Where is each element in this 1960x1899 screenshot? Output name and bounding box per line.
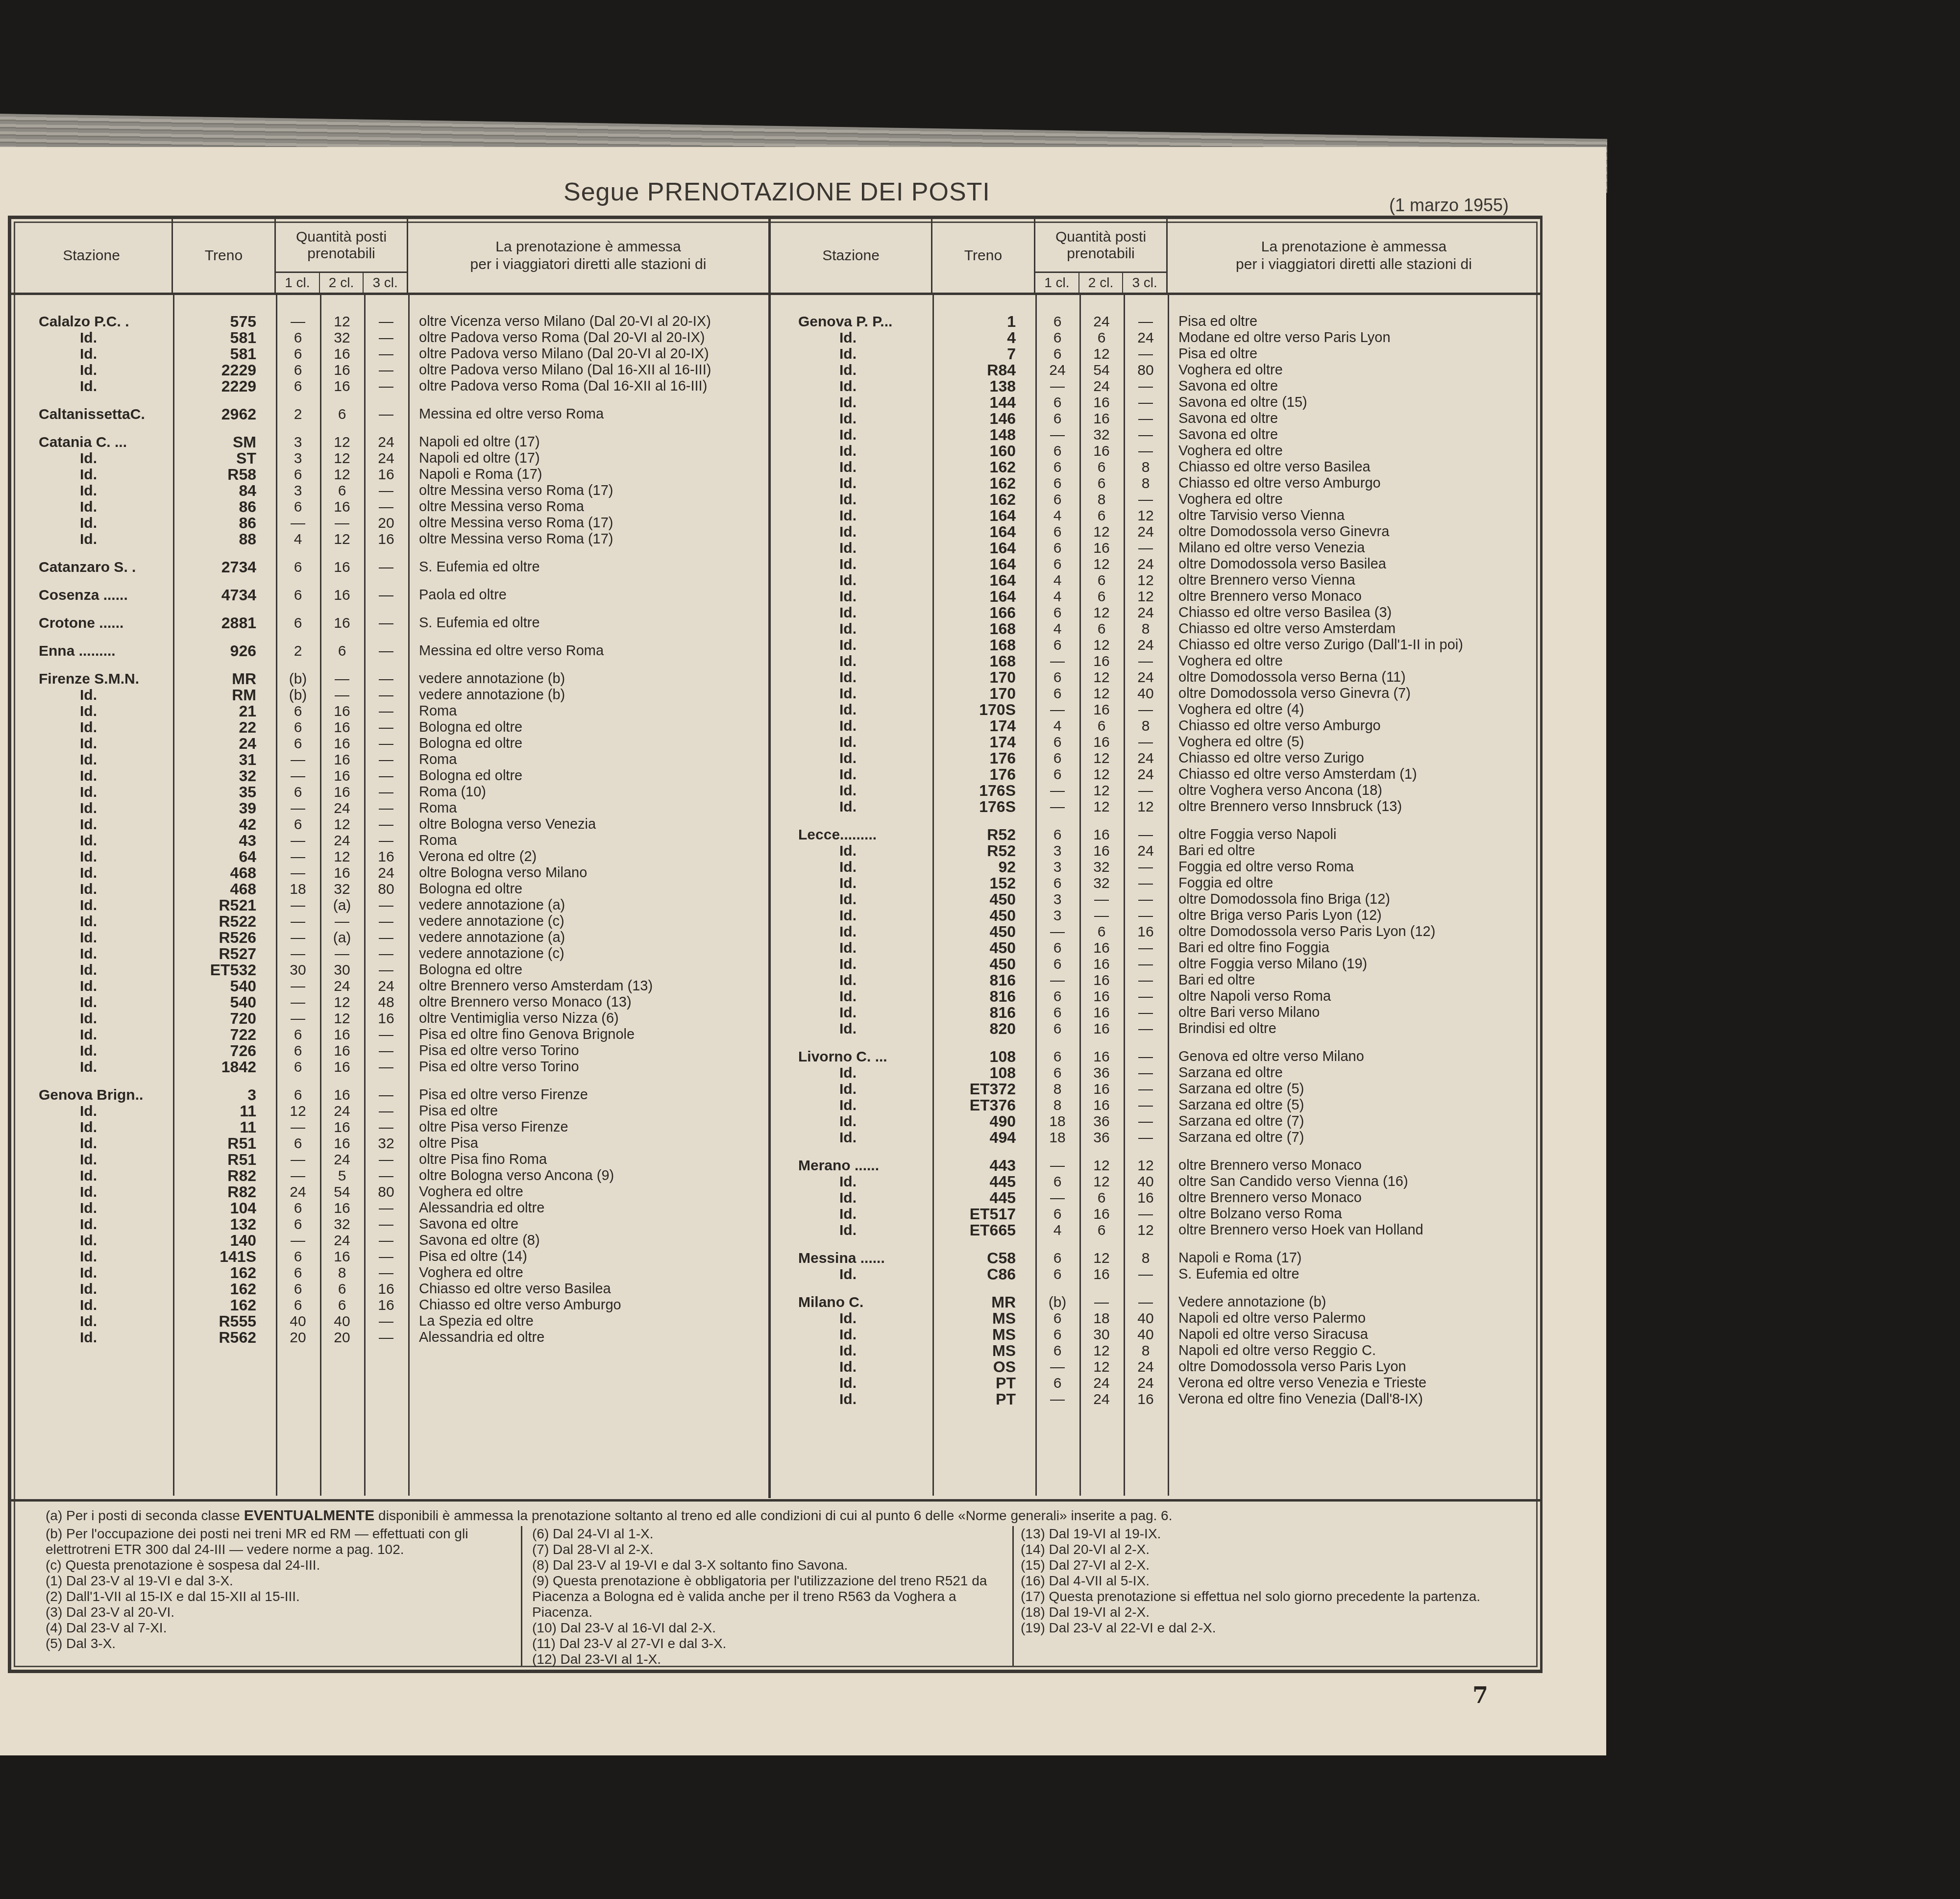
station-name: Livorno C. ... bbox=[771, 1049, 932, 1065]
station-name: Id. bbox=[771, 524, 932, 540]
footnote: (10) Dal 23-V al 16-VI dal 2-X. bbox=[532, 1620, 1003, 1636]
table-header: Stazione Treno Quantità posti prenotabil… bbox=[11, 219, 768, 295]
destination: Savona ed oltre (15) bbox=[1168, 395, 1307, 411]
destination: oltre Padova verso Roma (Dal 20-VI al 20… bbox=[408, 330, 705, 346]
destination: oltre Brennero verso Monaco bbox=[1168, 1190, 1362, 1206]
seats-2cl: 12 bbox=[1079, 1158, 1124, 1174]
table-row: Id.C86616—S. Eufemia ed oltre bbox=[771, 1266, 1540, 1282]
column-rule bbox=[364, 295, 366, 1496]
table-row: Id.4503——oltre Domodossola fino Briga (1… bbox=[771, 891, 1540, 908]
station-name: Id. bbox=[11, 978, 173, 994]
seats-2cl: 6 bbox=[320, 483, 364, 499]
seats-3cl: — bbox=[1124, 702, 1168, 718]
seats-3cl: 8 bbox=[1124, 718, 1168, 734]
seats-2cl: 12 bbox=[1079, 605, 1124, 621]
table-row: Id.174616—Voghera ed oltre (5) bbox=[771, 734, 1540, 750]
seats-1cl: (b) bbox=[1035, 1294, 1079, 1310]
seats-3cl: — bbox=[364, 643, 408, 659]
table-row: Livorno C. ...108616—Genova ed oltre ver… bbox=[771, 1049, 1540, 1065]
seats-2cl: 6 bbox=[1079, 924, 1124, 940]
destination: Pisa ed oltre (14) bbox=[408, 1249, 527, 1265]
table-row: Id.2229616—oltre Padova verso Milano (Da… bbox=[11, 362, 768, 378]
footnote: (9) Questa prenotazione è obbligatoria p… bbox=[532, 1573, 1003, 1620]
seats-2cl: 36 bbox=[1079, 1130, 1124, 1146]
train-number: OS bbox=[932, 1359, 1035, 1375]
footnote: (8) Dal 23-V al 19-VI e dal 3-X soltanto… bbox=[532, 1557, 1003, 1573]
destination: Napoli e Roma (17) bbox=[408, 467, 542, 483]
seats-2cl: — bbox=[320, 913, 364, 930]
seats-1cl: 6 bbox=[276, 719, 320, 736]
station-name: Calalzo P.C. . bbox=[11, 314, 173, 330]
train-number: PT bbox=[932, 1375, 1035, 1391]
destination: Chiasso ed oltre verso Amburgo bbox=[1168, 718, 1381, 734]
seats-3cl: 80 bbox=[364, 881, 408, 897]
station-name: Id. bbox=[11, 1313, 173, 1330]
table-row: Id.46624Modane ed oltre verso Paris Lyon bbox=[771, 330, 1540, 346]
seats-1cl: 8 bbox=[1035, 1081, 1079, 1097]
train-number: 11 bbox=[173, 1103, 276, 1119]
column-rule bbox=[1168, 295, 1169, 1496]
table-row: Catania C. ...SM31224Napoli ed oltre (17… bbox=[11, 434, 768, 450]
seats-1cl: 6 bbox=[1035, 411, 1079, 427]
station-name: Id. bbox=[11, 962, 173, 978]
seats-2cl: 16 bbox=[1079, 956, 1124, 972]
table-row: Id.MS61840Napoli ed oltre verso Palermo bbox=[771, 1310, 1540, 1327]
seats-1cl: 24 bbox=[276, 1184, 320, 1200]
station-name: Id. bbox=[771, 783, 932, 799]
train-number: R52 bbox=[932, 827, 1035, 843]
seats-1cl: 6 bbox=[1035, 686, 1079, 702]
destination: Savona ed oltre (8) bbox=[408, 1233, 540, 1249]
station-name: Id. bbox=[11, 1249, 173, 1265]
seats-1cl: 6 bbox=[1035, 750, 1079, 766]
seats-1cl: 6 bbox=[276, 1087, 320, 1103]
seats-1cl: — bbox=[276, 897, 320, 913]
train-number: R58 bbox=[173, 467, 276, 483]
reservation-table-frame: Stazione Treno Quantità posti prenotabil… bbox=[8, 216, 1543, 1673]
seats-1cl: — bbox=[1035, 783, 1079, 799]
seats-2cl: 16 bbox=[320, 1119, 364, 1135]
seats-2cl: 16 bbox=[320, 362, 364, 378]
seats-1cl: 12 bbox=[276, 1103, 320, 1119]
destination: oltre Padova verso Milano (Dal 16-XII al… bbox=[408, 362, 711, 378]
seats-2cl: 54 bbox=[1079, 362, 1124, 378]
seats-2cl: 16 bbox=[320, 719, 364, 736]
table-row: Id.ET376816—Sarzana ed oltre (5) bbox=[771, 1097, 1540, 1113]
station-name: Cosenza ...... bbox=[11, 587, 173, 603]
station-name: Id. bbox=[11, 994, 173, 1011]
station-name: Id. bbox=[771, 1391, 932, 1407]
train-number: MR bbox=[173, 671, 276, 687]
footnote: (14) Dal 20-VI al 2-X. bbox=[1021, 1542, 1511, 1557]
train-number: 168 bbox=[932, 637, 1035, 653]
destination: Roma bbox=[408, 800, 457, 816]
seats-3cl: — bbox=[1124, 443, 1168, 459]
train-number: 64 bbox=[173, 849, 276, 865]
table-row: Id.1644612oltre Brennero verso Monaco bbox=[771, 589, 1540, 605]
table-row: Id.450—616oltre Domodossola verso Paris … bbox=[771, 924, 1540, 940]
station-name: Genova Brign.. bbox=[11, 1087, 173, 1103]
table-row: Id.17061240oltre Domodossola verso Ginev… bbox=[771, 686, 1540, 702]
seats-2cl: 12 bbox=[1079, 669, 1124, 686]
table-row: Id.16661224Chiasso ed oltre verso Basile… bbox=[771, 605, 1540, 621]
train-number: C86 bbox=[932, 1266, 1035, 1282]
destination: Bari ed oltre fino Foggia bbox=[1168, 940, 1329, 956]
seats-2cl: 54 bbox=[320, 1184, 364, 1200]
train-number: 11 bbox=[173, 1119, 276, 1135]
seats-2cl: 16 bbox=[320, 784, 364, 800]
table-row: Id.722616—Pisa ed oltre fino Genova Brig… bbox=[11, 1027, 768, 1043]
header-quantita-line2: prenotabili bbox=[1067, 246, 1134, 262]
table-row: Id.24616—Bologna ed oltre bbox=[11, 736, 768, 752]
station-name: Id. bbox=[771, 395, 932, 411]
seats-3cl: 16 bbox=[1124, 1190, 1168, 1206]
seats-2cl: 16 bbox=[320, 736, 364, 752]
seats-3cl: 16 bbox=[364, 1297, 408, 1313]
seats-1cl: 24 bbox=[1035, 362, 1079, 378]
destination: oltre Brennero verso Vienna bbox=[1168, 572, 1355, 589]
train-number: R562 bbox=[173, 1330, 276, 1346]
seats-3cl: 12 bbox=[1124, 1222, 1168, 1238]
destination: Napoli e Roma (17) bbox=[1168, 1250, 1301, 1266]
destination: oltre Domodossola verso Berna (11) bbox=[1168, 669, 1406, 686]
seats-3cl: — bbox=[364, 1027, 408, 1043]
station-name: Id. bbox=[11, 483, 173, 499]
destination: S. Eufemia ed oltre bbox=[408, 615, 540, 631]
seats-1cl: 6 bbox=[276, 1281, 320, 1297]
seats-3cl: — bbox=[1124, 908, 1168, 924]
column-rule bbox=[1079, 295, 1081, 1496]
train-number: ET376 bbox=[932, 1097, 1035, 1113]
table-row: Genova P. P...1624—Pisa ed oltre bbox=[771, 314, 1540, 330]
seats-2cl: 6 bbox=[1079, 508, 1124, 524]
seats-2cl: 24 bbox=[1079, 378, 1124, 395]
train-number: 164 bbox=[932, 508, 1035, 524]
table-row: Merano ......443—1212oltre Brennero vers… bbox=[771, 1158, 1540, 1174]
station-name: Id. bbox=[771, 766, 932, 783]
destination: oltre Brennero verso Innsbruck (13) bbox=[1168, 799, 1402, 815]
station-group: Lecce.........R52616—oltre Foggia verso … bbox=[771, 827, 1540, 1037]
station-name: Id. bbox=[771, 859, 932, 875]
seats-3cl: 16 bbox=[1124, 1391, 1168, 1407]
right-table: Stazione Treno Quantità posti prenotabil… bbox=[771, 219, 1540, 1498]
seats-2cl: — bbox=[320, 946, 364, 962]
station-group: Milano C.MR(b)——Vedere annotazione (b)Id… bbox=[771, 1294, 1540, 1407]
seats-2cl: 16 bbox=[320, 1027, 364, 1043]
train-number: 445 bbox=[932, 1190, 1035, 1206]
footnotes-column-1: (b) Per l'occupazione dei posti nei tren… bbox=[46, 1526, 496, 1652]
seats-2cl: 24 bbox=[320, 1233, 364, 1249]
station-name: Id. bbox=[771, 972, 932, 988]
destination: Voghera ed oltre bbox=[1168, 492, 1283, 508]
station-name: Id. bbox=[11, 1330, 173, 1346]
table-row: Id.104616—Alessandria ed oltre bbox=[11, 1200, 768, 1216]
station-name: Id. bbox=[11, 913, 173, 930]
footnote-a-suffix: disponibili è ammessa la prenotazione so… bbox=[374, 1508, 1172, 1523]
train-number: R527 bbox=[173, 946, 276, 962]
footnote: (5) Dal 3-X. bbox=[46, 1636, 496, 1652]
seats-3cl: 16 bbox=[1124, 924, 1168, 940]
destination: Genova ed oltre verso Milano bbox=[1168, 1049, 1364, 1065]
table-row: Id.OS—1224oltre Domodossola verso Paris … bbox=[771, 1359, 1540, 1375]
destination: Chiasso ed oltre verso Amburgo bbox=[1168, 475, 1381, 492]
header-quantita: Quantità posti prenotabili 1 cl. 2 cl. 3… bbox=[276, 219, 408, 293]
seats-1cl: 6 bbox=[1035, 1310, 1079, 1327]
footnote: (13) Dal 19-VI al 19-IX. bbox=[1021, 1526, 1511, 1542]
seats-3cl: — bbox=[1124, 956, 1168, 972]
footnote: (3) Dal 23-V al 20-VI. bbox=[46, 1604, 496, 1620]
seats-2cl: 16 bbox=[1079, 395, 1124, 411]
destination: Roma bbox=[408, 752, 457, 768]
seats-3cl: — bbox=[364, 1249, 408, 1265]
seats-2cl: 12 bbox=[320, 434, 364, 450]
seats-3cl: — bbox=[1124, 492, 1168, 508]
destination: Sarzana ed oltre (5) bbox=[1168, 1097, 1304, 1113]
seats-3cl: — bbox=[1124, 540, 1168, 556]
train-number: 926 bbox=[173, 643, 276, 659]
table-row: Id.1842616—Pisa ed oltre verso Torino bbox=[11, 1059, 768, 1075]
seats-2cl: 12 bbox=[1079, 1343, 1124, 1359]
table-row: Id.4503——oltre Briga verso Paris Lyon (1… bbox=[771, 908, 1540, 924]
destination: oltre Messina verso Roma bbox=[408, 499, 584, 515]
seats-3cl: 20 bbox=[364, 515, 408, 531]
seats-3cl: — bbox=[364, 378, 408, 395]
destination: Pisa ed oltre fino Genova Brignole bbox=[408, 1027, 635, 1043]
footnote: (b) Per l'occupazione dei posti nei tren… bbox=[46, 1526, 496, 1557]
seats-2cl: 16 bbox=[1079, 1005, 1124, 1021]
seats-3cl: — bbox=[364, 1087, 408, 1103]
seats-2cl: 12 bbox=[320, 816, 364, 833]
train-number: 144 bbox=[932, 395, 1035, 411]
train-number: 35 bbox=[173, 784, 276, 800]
seats-3cl: 24 bbox=[364, 978, 408, 994]
seats-2cl: 12 bbox=[320, 849, 364, 865]
train-number: 164 bbox=[932, 572, 1035, 589]
seats-1cl: 6 bbox=[276, 378, 320, 395]
station-name: Id. bbox=[11, 865, 173, 881]
table-row: Id.146616—Savona ed oltre bbox=[771, 411, 1540, 427]
seats-1cl: 6 bbox=[1035, 492, 1079, 508]
destination: Savona ed oltre bbox=[1168, 427, 1278, 443]
table-row: Id.450616—Bari ed oltre fino Foggia bbox=[771, 940, 1540, 956]
page-date: (1 marzo 1955) bbox=[1389, 195, 1509, 216]
table-row: Id.8436—oltre Messina verso Roma (17) bbox=[11, 483, 768, 499]
destination: oltre Brennero verso Monaco bbox=[1168, 589, 1362, 605]
header-class-columns: 1 cl. 2 cl. 3 cl. bbox=[1035, 271, 1166, 293]
seats-2cl: 16 bbox=[1079, 972, 1124, 988]
seats-3cl: 24 bbox=[1124, 637, 1168, 653]
seats-3cl: — bbox=[364, 1103, 408, 1119]
destination: Napoli ed oltre verso Palermo bbox=[1168, 1310, 1366, 1327]
station-name: Id. bbox=[771, 1327, 932, 1343]
seats-1cl: — bbox=[1035, 799, 1079, 815]
station-name: Id. bbox=[771, 1005, 932, 1021]
table-body: Calalzo P.C. .575—12—oltre Vicenza verso… bbox=[11, 295, 768, 1346]
station-name: Id. bbox=[771, 475, 932, 492]
destination: Voghera ed oltre bbox=[1168, 362, 1283, 378]
train-number: 7 bbox=[932, 346, 1035, 362]
seats-2cl: 36 bbox=[1079, 1113, 1124, 1130]
seats-3cl: 8 bbox=[1124, 1250, 1168, 1266]
destination: oltre Brennero verso Monaco (13) bbox=[408, 994, 632, 1011]
seats-1cl: 6 bbox=[276, 1297, 320, 1313]
seats-1cl: 6 bbox=[276, 1216, 320, 1233]
seats-2cl: 16 bbox=[320, 615, 364, 631]
table-row: Lecce.........R52616—oltre Foggia verso … bbox=[771, 827, 1540, 843]
destination: S. Eufemia ed oltre bbox=[408, 559, 540, 575]
seats-3cl: — bbox=[1124, 346, 1168, 362]
destination: Savona ed oltre bbox=[1168, 411, 1278, 427]
header-quantita: Quantità posti prenotabili 1 cl. 2 cl. 3… bbox=[1035, 219, 1168, 293]
train-number: 450 bbox=[932, 956, 1035, 972]
seats-1cl: 6 bbox=[276, 1265, 320, 1281]
table-row: Genova Brign..3616—Pisa ed oltre verso F… bbox=[11, 1087, 768, 1103]
seats-1cl: 18 bbox=[1035, 1130, 1079, 1146]
train-number: 443 bbox=[932, 1158, 1035, 1174]
station-name: Id. bbox=[11, 1297, 173, 1313]
footnotes-column-2: (6) Dal 24-VI al 1-X.(7) Dal 28-VI al 2-… bbox=[521, 1526, 1014, 1666]
seats-1cl: — bbox=[276, 768, 320, 784]
seats-3cl: 24 bbox=[1124, 843, 1168, 859]
station-name: Id. bbox=[771, 427, 932, 443]
seats-1cl: — bbox=[1035, 924, 1079, 940]
seats-3cl: — bbox=[1124, 427, 1168, 443]
table-row: Id.RM(b)——vedere annotazione (b) bbox=[11, 687, 768, 703]
station-name: Id. bbox=[771, 637, 932, 653]
station-name: Id. bbox=[771, 940, 932, 956]
train-number: 146 bbox=[932, 411, 1035, 427]
station-name: CaltanissettaC. bbox=[11, 406, 173, 422]
station-name: Enna ......... bbox=[11, 643, 173, 659]
seats-1cl: — bbox=[1035, 1158, 1079, 1174]
seats-1cl: — bbox=[276, 930, 320, 946]
table-row: Id.35616—Roma (10) bbox=[11, 784, 768, 800]
column-rule bbox=[1035, 295, 1037, 1496]
seats-3cl: 8 bbox=[1124, 621, 1168, 637]
station-name: Id. bbox=[771, 589, 932, 605]
seats-1cl: — bbox=[276, 1011, 320, 1027]
table-row: Id.138—24—Savona ed oltre bbox=[771, 378, 1540, 395]
train-number: 468 bbox=[173, 865, 276, 881]
seats-2cl: 12 bbox=[1079, 346, 1124, 362]
header-dest-line1: La prenotazione è ammessa bbox=[1236, 238, 1472, 256]
train-number: R521 bbox=[173, 897, 276, 913]
destination: Pisa ed oltre verso Torino bbox=[408, 1059, 579, 1075]
table-row: Id.R84245480Voghera ed oltre bbox=[771, 362, 1540, 378]
header-dest-line2: per i viaggiatori diretti alle stazioni … bbox=[470, 256, 707, 273]
table-row: Id.108636—Sarzana ed oltre bbox=[771, 1065, 1540, 1081]
station-name: Id. bbox=[11, 1281, 173, 1297]
destination: oltre Bologna verso Ancona (9) bbox=[408, 1168, 614, 1184]
destination: Roma bbox=[408, 833, 457, 849]
train-number: 164 bbox=[932, 589, 1035, 605]
table-row: Id.8841216oltre Messina verso Roma (17) bbox=[11, 531, 768, 547]
table-row: CaltanissettaC.296226—Messina ed oltre v… bbox=[11, 406, 768, 422]
seats-2cl: 6 bbox=[1079, 718, 1124, 734]
station-name: Id. bbox=[771, 1065, 932, 1081]
seats-2cl: 12 bbox=[1079, 1359, 1124, 1375]
seats-3cl: — bbox=[364, 671, 408, 687]
table-row: Id.17661224Chiasso ed oltre verso Amster… bbox=[771, 766, 1540, 783]
table-row: Firenze S.M.N.MR(b)——vedere annotazione … bbox=[11, 671, 768, 687]
train-number: 468 bbox=[173, 881, 276, 897]
seats-2cl: 32 bbox=[1079, 859, 1124, 875]
seats-3cl: — bbox=[364, 1330, 408, 1346]
seats-1cl: 6 bbox=[1035, 1065, 1079, 1081]
table-row: Id.816616—oltre Bari verso Milano bbox=[771, 1005, 1540, 1021]
seats-3cl: — bbox=[364, 314, 408, 330]
station-name: Id. bbox=[11, 849, 173, 865]
station-name: Id. bbox=[771, 411, 932, 427]
seats-2cl: 6 bbox=[320, 406, 364, 422]
seats-3cl: 16 bbox=[364, 1281, 408, 1297]
station-name: Id. bbox=[771, 1174, 932, 1190]
seats-1cl: 6 bbox=[1035, 1327, 1079, 1343]
train-number: R52 bbox=[932, 843, 1035, 859]
seats-2cl: 24 bbox=[1079, 1391, 1124, 1407]
train-number: ET372 bbox=[932, 1081, 1035, 1097]
header-stazione: Stazione bbox=[771, 219, 932, 293]
seats-1cl: 6 bbox=[1035, 875, 1079, 891]
train-number: 2734 bbox=[173, 559, 276, 575]
seats-3cl: — bbox=[364, 559, 408, 575]
destination: Voghera ed oltre (4) bbox=[1168, 702, 1304, 718]
seats-1cl: 3 bbox=[276, 450, 320, 467]
station-name: Id. bbox=[11, 784, 173, 800]
train-number: 24 bbox=[173, 736, 276, 752]
table-row: Id.92332—Foggia ed oltre verso Roma bbox=[771, 859, 1540, 875]
train-number: 160 bbox=[932, 443, 1035, 459]
destination: oltre Bolzano verso Roma bbox=[1168, 1206, 1342, 1222]
train-number: R51 bbox=[173, 1135, 276, 1152]
footnote: (4) Dal 23-V al 7-XI. bbox=[46, 1620, 496, 1636]
seats-2cl: 16 bbox=[1079, 540, 1124, 556]
seats-1cl: 6 bbox=[1035, 605, 1079, 621]
table-row: Id.ET372816—Sarzana ed oltre (5) bbox=[771, 1081, 1540, 1097]
table-row: Id.152632—Foggia ed oltre bbox=[771, 875, 1540, 891]
seats-1cl: — bbox=[1035, 378, 1079, 395]
seats-2cl: 16 bbox=[320, 768, 364, 784]
train-number: 138 bbox=[932, 378, 1035, 395]
table-row: Id.39—24—Roma bbox=[11, 800, 768, 816]
seats-2cl: 12 bbox=[1079, 766, 1124, 783]
seats-1cl: 3 bbox=[1035, 843, 1079, 859]
table-row: Id.R5554040—La Spezia ed oltre bbox=[11, 1313, 768, 1330]
train-number: 450 bbox=[932, 908, 1035, 924]
table-row: Id.21616—Roma bbox=[11, 703, 768, 719]
destination: oltre Pisa fino Roma bbox=[408, 1152, 547, 1168]
seats-1cl: 6 bbox=[276, 587, 320, 603]
seats-2cl: 16 bbox=[320, 587, 364, 603]
station-name: Id. bbox=[11, 897, 173, 913]
destination: Chiasso ed oltre verso Basilea (3) bbox=[1168, 605, 1392, 621]
station-name: Id. bbox=[771, 1113, 932, 1130]
seats-3cl: — bbox=[364, 719, 408, 736]
table-row: Id.162668Chiasso ed oltre verso Basilea bbox=[771, 459, 1540, 475]
seats-2cl: 16 bbox=[320, 1087, 364, 1103]
seats-3cl: — bbox=[364, 736, 408, 752]
seats-2cl: 12 bbox=[1079, 750, 1124, 766]
seats-1cl: (b) bbox=[276, 671, 320, 687]
seats-2cl: 16 bbox=[320, 559, 364, 575]
table-row: Id.468183280Bologna ed oltre bbox=[11, 881, 768, 897]
destination: oltre Bologna verso Venezia bbox=[408, 816, 596, 833]
column-rule bbox=[320, 295, 321, 1496]
table-row: Id.1644612oltre Tarvisio verso Vienna bbox=[771, 508, 1540, 524]
seats-2cl: 16 bbox=[1079, 1049, 1124, 1065]
train-number: 4 bbox=[932, 330, 1035, 346]
footnote: (7) Dal 28-VI al 2-X. bbox=[532, 1542, 1003, 1557]
